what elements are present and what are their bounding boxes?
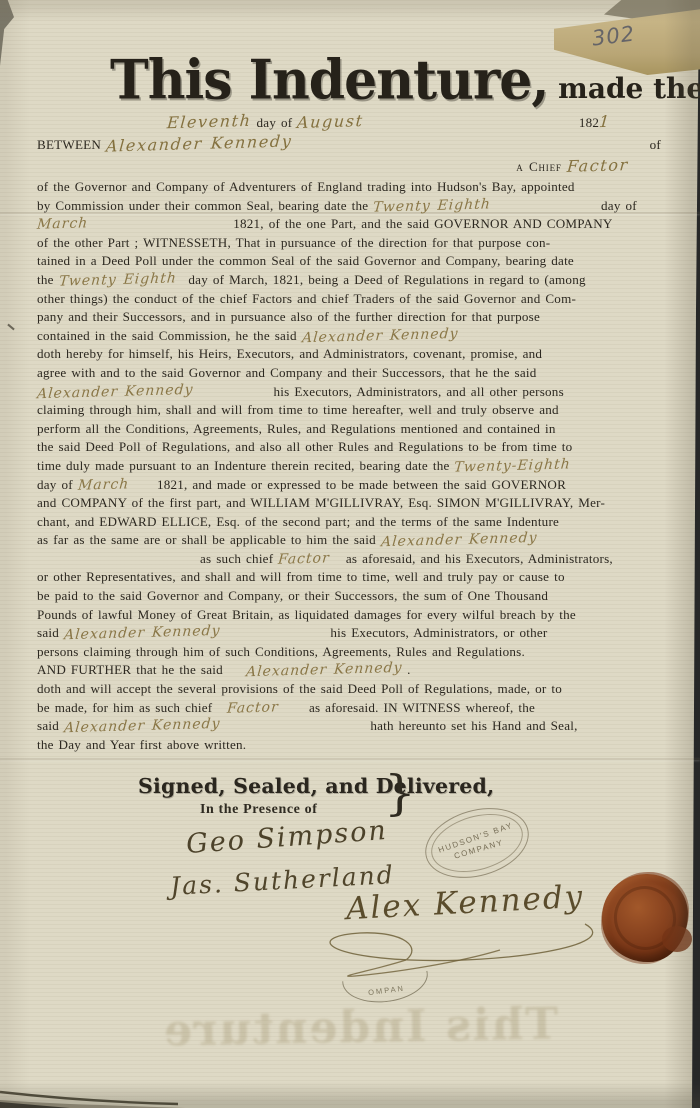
signed-sealed-delivered-label: Signed, Sealed, and Delivered, [138,774,494,798]
document-body: Eleventh day of August1821BETWEEN Alexan… [37,112,667,754]
printed-text: perform all the Conditions, Agreements, … [37,421,556,436]
in-presence-of-label: In the Presence of [200,802,317,818]
handwritten-text: Twenty Eighth [58,271,177,288]
spacer [228,673,246,674]
spacer [491,209,601,210]
printed-text: day of March, 1821, being a Deed of Regu… [188,272,585,287]
printed-text: said [37,625,64,640]
printed-text: and COMPANY of the first part, and WILLI… [37,495,605,510]
document-title: This Indenture, made the [110,50,700,111]
document-line: the said Deed Poll of Regulations, and a… [37,438,667,457]
printed-text: be paid to the said Governor and Company… [37,588,548,603]
document-line: said Alexander Kennedyhath hereunto set … [37,717,667,736]
printed-text: contained in the said Commission, he the… [37,328,302,343]
title-blackletter: This Indenture, [110,49,548,112]
document-line: doth hereby for himself, his Heirs, Exec… [37,345,667,364]
printed-text: chant, and EDWARD ELLICE, Esq. of the se… [37,514,559,529]
document-line: Eleventh day of August1821 [37,112,667,134]
printed-text: a Chief [516,159,567,174]
document-line: chant, and EDWARD ELLICE, Esq. of the se… [37,513,667,532]
spacer [129,488,157,489]
spacer [88,227,233,228]
spacer [220,729,370,730]
document-line: Alexander Kennedyhis Executors, Administ… [37,383,667,402]
printed-text: . [402,662,410,677]
spacer [279,711,309,712]
document-line: of the other Part ; WITNESSETH, That in … [37,234,667,253]
handwritten-text: Alexander Kennedy [36,382,194,400]
handwritten-text: August [297,113,365,131]
document-line: tained in a Deed Poll under the common S… [37,252,667,271]
document-line: Pounds of lawful Money of Great Britain,… [37,606,667,625]
document-line: day of March1821, and made or expressed … [37,476,667,495]
handwritten-text: 1 [599,114,612,130]
document-line: AND FURTHER that he the said Alexander K… [37,661,667,680]
printed-text: 1821, of the one Part, and the said GOVE… [233,216,612,231]
document-line: other things) the conduct of the chief F… [37,290,667,309]
document-line: by Commission under their common Seal, b… [37,197,667,216]
document-line: BETWEEN Alexander Kennedyof [37,134,667,156]
printed-text: as such chief [200,551,278,566]
handwritten-text: Alexander Kennedy [105,133,293,154]
handwritten-text: Alexander Kennedy [63,717,221,735]
printed-text: said [37,718,64,733]
printed-text: his Executors, Administrators, and all o… [273,384,563,399]
printed-text: BETWEEN [37,137,106,152]
document-line: persons claiming through him of such Con… [37,643,667,662]
printed-text: pany and their Successors, and in pursua… [37,309,540,324]
printed-text: Pounds of lawful Money of Great Britain,… [37,607,576,622]
document-line: of the Governor and Company of Adventure… [37,178,667,197]
printed-text: or other Representatives, and shall and … [37,569,565,584]
document-line: as far as the same are or shall be appli… [37,531,667,550]
handwritten-text: Eleventh [166,113,252,131]
wax-seal [602,874,688,962]
printed-text: the said Deed Poll of Regulations, and a… [37,439,572,454]
document-line: the Day and Year first above written. [37,736,667,755]
printed-text: doth hereby for himself, his Heirs, Exec… [37,346,542,361]
handwritten-text: Twenty Eighth [373,197,492,214]
printed-text: of [650,134,661,156]
printed-text: agree with and to the said Governor and … [37,365,537,380]
handwritten-text: Factor [227,700,280,715]
printed-text: AND FURTHER that he the said [37,662,228,677]
document-line: agree with and to the said Governor and … [37,364,667,383]
document-line: a Chief Factor [37,156,667,178]
printed-text: be made, for him as such chief [37,700,217,715]
printed-text: as aforesaid. IN WITNESS whereof, the [309,700,535,715]
document-line: contained in the said Commission, he the… [37,327,667,346]
printed-text: 1821, and made or expressed to be made b… [157,477,566,492]
spacer [364,126,579,127]
printed-text: 182 [579,115,599,130]
handwritten-text: March [77,477,129,492]
hbc-embossed-stamp: HUDSON'S BAY COMPANY [417,797,537,890]
document-line: doth and will accept the several provisi… [37,680,667,699]
handwritten-text: Twenty-Eighth [454,457,572,474]
document-line: time duly made pursuant to an Indenture … [37,457,667,476]
spacer [330,562,346,563]
handwritten-text: March [36,216,88,231]
handwritten-text: Alexander Kennedy [301,327,459,345]
document-line: March1821, of the one Part, and the said… [37,215,667,234]
handwritten-text: Alexander Kennedy [245,661,403,679]
document-line: said Alexander Kennedyhis Executors, Adm… [37,624,667,643]
document-line: as such chief Factoras aforesaid, and hi… [37,550,667,569]
spacer [220,636,330,637]
document-line: pany and their Successors, and in pursua… [37,308,667,327]
printed-text: the [37,272,59,287]
brace-glyph: } [384,765,416,820]
spacer [193,395,273,396]
printed-text: tained in a Deed Poll under the common S… [37,253,574,268]
stamp-text-top: HUDSON'S BAY [437,820,514,854]
printed-text: doth and will accept the several provisi… [37,681,562,696]
printed-text: day of [601,198,637,213]
document-line: or other Representatives, and shall and … [37,568,667,587]
bleedthrough-ghost-text: This Indenture [80,997,641,1058]
handwritten-text: Alexander Kennedy [380,531,538,549]
handwritten-text: Factor [278,551,331,566]
printed-text: claiming through him, shall and will fro… [37,402,559,417]
printed-text: by Commission under their common Seal, b… [37,198,373,213]
printed-text: as aforesaid, and his Executors, Adminis… [346,551,613,566]
printed-text: day of [37,477,78,492]
handwritten-text: Alexander Kennedy [63,624,221,642]
document-line: the Twenty Eighthday of March, 1821, bei… [37,271,667,290]
printed-text: the Day and Year first above written. [37,737,246,752]
witness-signature-1: Geo Simpson [185,817,388,858]
printed-text: of the other Part ; WITNESSETH, That in … [37,235,550,250]
document-line: and COMPANY of the first part, and WILLI… [37,494,667,513]
handwritten-text: Factor [567,157,630,175]
document-line: perform all the Conditions, Agreements, … [37,420,667,439]
printed-text: time duly made pursuant to an Indenture … [37,458,454,473]
spacer [176,283,188,284]
document-line: be made, for him as such chief Factoras … [37,699,667,718]
printed-text: persons claiming through him of such Con… [37,644,525,659]
printed-text: hath hereunto set his Hand and Seal, [370,718,577,733]
spacer [37,126,167,127]
bottom-fold-crease [0,1086,185,1108]
printed-text: of the Governor and Company of Adventure… [37,179,575,194]
printed-text: day of [252,115,298,130]
printed-text: as far as the same are or shall be appli… [37,532,381,547]
document-line: be paid to the said Governor and Company… [37,587,667,606]
printed-text: other things) the conduct of the chief F… [37,291,576,306]
title-made-the: made the [548,72,700,105]
printed-text: his Executors, Administrators, or other [330,625,547,640]
document-line: claiming through him, shall and will fro… [37,401,667,420]
